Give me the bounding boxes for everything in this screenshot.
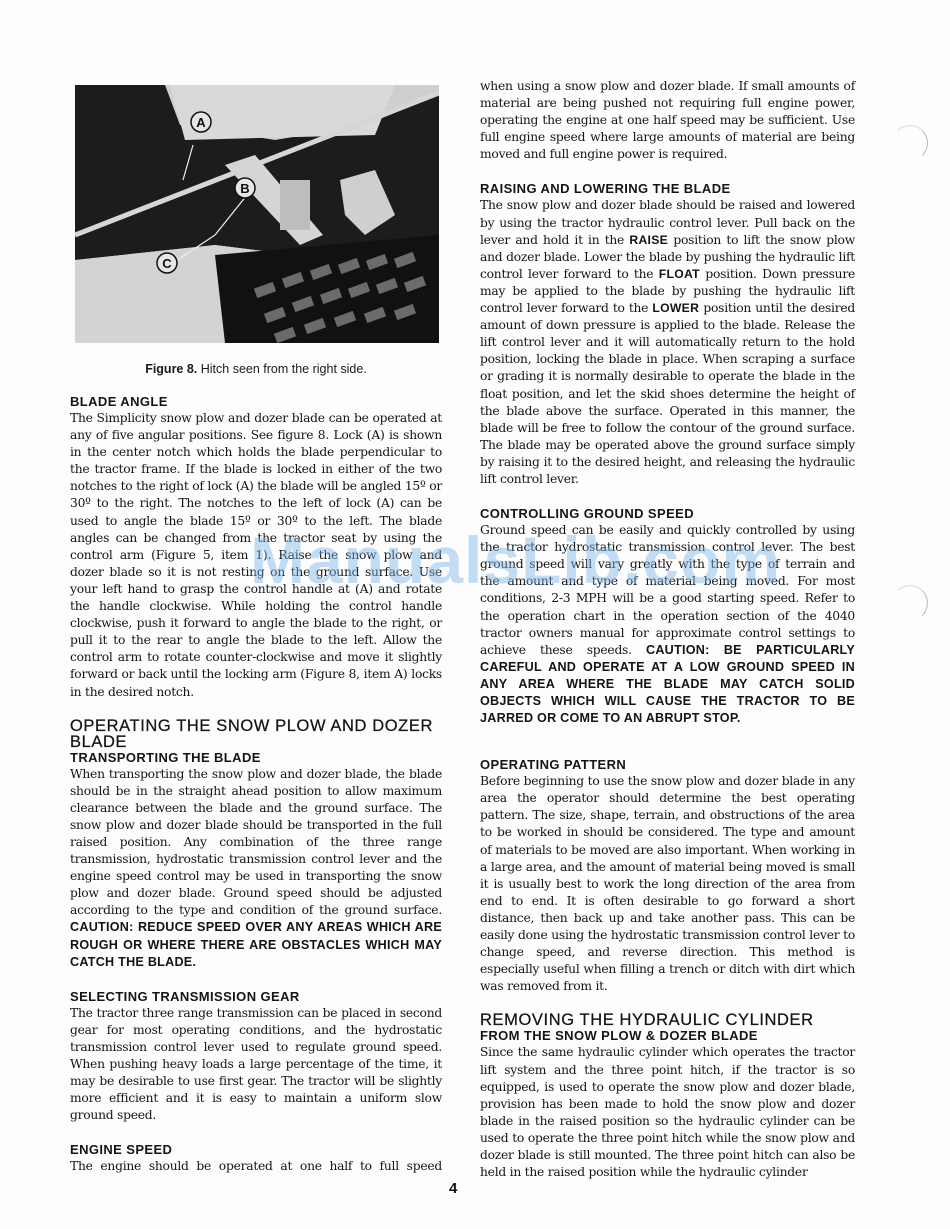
ground-speed-text: Ground speed can be easily and quickly c… <box>480 523 855 657</box>
operating-section-heading: OPERATING THE SNOW PLOW AND DOZER BLADE <box>70 718 442 750</box>
page-number: 4 <box>449 1180 457 1197</box>
heading-ground-speed: CONTROLLING GROUND SPEED <box>480 506 855 522</box>
figure-8-hitch-photo: A B C <box>75 85 439 343</box>
transmission-gear-paragraph: The tractor three range transmission can… <box>70 1005 442 1125</box>
keyword-lower: LOWER <box>652 301 699 315</box>
manual-page: A B C Figure 8. Hitch seen from the righ… <box>0 0 950 1229</box>
hitch-photo-illustration: A B C <box>75 85 439 343</box>
heading-transporting: TRANSPORTING THE BLADE <box>70 750 442 766</box>
punch-hole-mark <box>892 585 928 621</box>
heading-engine-speed: ENGINE SPEED <box>70 1142 442 1158</box>
svg-text:C: C <box>162 256 172 271</box>
punch-hole-mark <box>892 125 928 161</box>
operating-pattern-paragraph: Before beginning to use the snow plow an… <box>480 773 855 995</box>
heading-blade-angle: BLADE ANGLE <box>70 394 442 410</box>
right-column: when using a snow plow and dozer blade. … <box>480 78 855 1181</box>
raising-text-4: position until the desired amount of dow… <box>480 301 855 486</box>
transporting-caution: CAUTION: REDUCE SPEED OVER ANY AREAS WHI… <box>70 920 442 968</box>
blade-angle-paragraph: The Simplicity snow plow and dozer blade… <box>70 410 442 701</box>
figure-caption: Figure 8. Hitch seen from the right side… <box>70 362 442 376</box>
heading-removing-line2: FROM THE SNOW PLOW & DOZER BLADE <box>480 1028 855 1044</box>
keyword-raise: RAISE <box>629 233 668 247</box>
heading-operating-pattern: OPERATING PATTERN <box>480 757 855 773</box>
heading-transmission-gear: SELECTING TRANSMISSION GEAR <box>70 989 442 1005</box>
callout-a: A <box>191 112 211 132</box>
figure-caption-label: Figure 8. <box>145 362 197 376</box>
svg-text:A: A <box>196 115 206 130</box>
callout-c: C <box>157 253 177 273</box>
left-column: BLADE ANGLE The Simplicity snow plow and… <box>70 394 442 1175</box>
callout-b: B <box>235 178 255 198</box>
ground-speed-paragraph: Ground speed can be easily and quickly c… <box>480 522 855 727</box>
engine-speed-continued: when using a snow plow and dozer blade. … <box>480 78 855 163</box>
raising-lowering-paragraph: The snow plow and dozer blade should be … <box>480 197 855 488</box>
heading-removing-line1: REMOVING THE HYDRAULIC CYLINDER <box>480 1012 855 1028</box>
removing-cylinder-paragraph: Since the same hydraulic cylinder which … <box>480 1044 855 1181</box>
heading-operating-line1: OPERATING THE SNOW PLOW AND DOZER <box>70 718 442 734</box>
removing-cylinder-heading: REMOVING THE HYDRAULIC CYLINDER FROM THE… <box>480 1012 855 1044</box>
svg-text:B: B <box>240 181 249 196</box>
engine-speed-paragraph: The engine should be operated at one hal… <box>70 1158 442 1175</box>
figure-caption-text: Hitch seen from the right side. <box>197 362 367 376</box>
transporting-paragraph: When transporting the snow plow and doze… <box>70 766 442 971</box>
heading-raising-lowering: RAISING AND LOWERING THE BLADE <box>480 181 855 197</box>
transporting-text: When transporting the snow plow and doze… <box>70 767 442 918</box>
keyword-float: FLOAT <box>659 267 700 281</box>
heading-operating-line2: BLADE <box>70 734 442 750</box>
